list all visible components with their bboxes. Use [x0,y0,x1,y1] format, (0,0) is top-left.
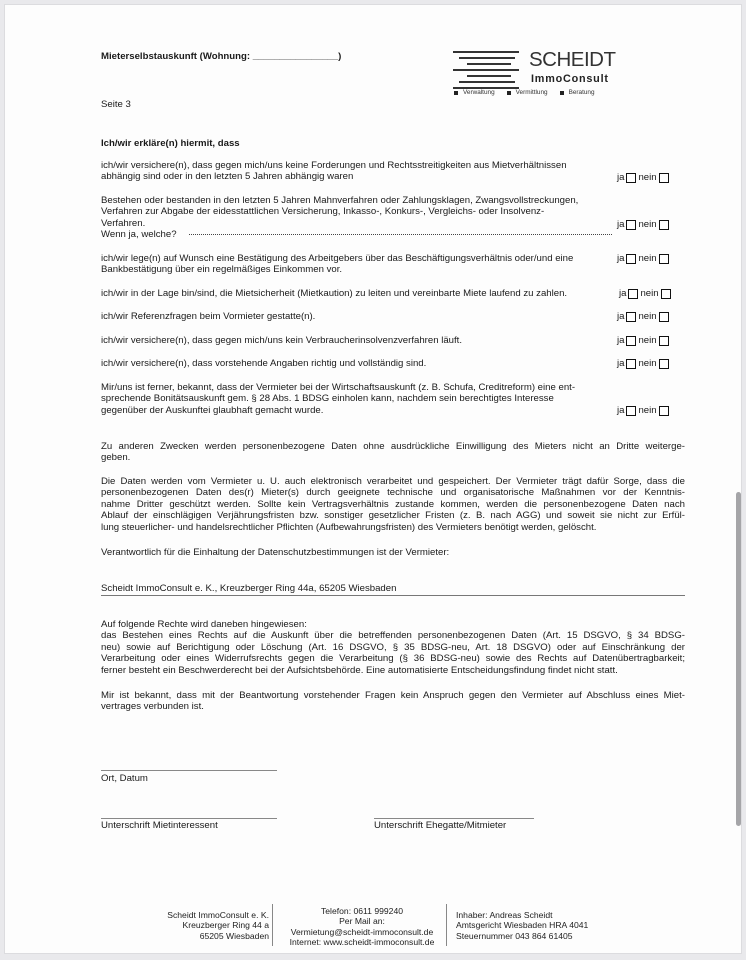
square-bullet-icon [560,91,564,95]
yes-no-group: ja nein [617,335,671,346]
footer-company: Scheidt ImmoConsult e. K. Kreuzberger Ri… [123,910,269,941]
spouse-signature-line[interactable] [374,818,534,819]
tenant-signature-label: Unterschrift Mietinteressent [101,820,218,831]
footer-website-link[interactable]: Internet: www.scheidt-immoconsult.de [277,937,447,947]
yes-checkbox[interactable] [626,220,636,230]
footer-divider [446,904,447,946]
footer-email-link[interactable]: Vermietung@scheidt-immoconsult.de [277,927,447,937]
logo-tag: Verwaltung [454,89,495,96]
yes-checkbox[interactable] [626,254,636,264]
no-checkbox[interactable] [659,406,669,416]
declaration-heading: Ich/wir erkläre(n) hiermit, dass [101,138,240,149]
question-text: ich/wir lege(n) auf Wunsch eine Bestätig… [101,253,573,276]
yes-checkbox[interactable] [626,336,636,346]
yes-no-group: ja nein [617,405,671,416]
logo-name: SCHEIDT [529,50,615,70]
no-checkbox[interactable] [659,173,669,183]
page-number: Seite 3 [101,99,131,110]
no-checkbox[interactable] [659,336,669,346]
logo-tag: Vermittlung [507,89,548,96]
square-bullet-icon [507,91,511,95]
logo-tags: Verwaltung Vermittlung Beratung [454,89,595,96]
place-date-line[interactable] [101,770,277,771]
yes-checkbox[interactable] [628,289,638,299]
yes-no-group: ja nein [617,358,671,369]
no-checkbox[interactable] [659,254,669,264]
responsible-label: Verantwortlich für die Einhaltung der Da… [101,547,449,558]
rights-paragraph: Auf folgende Rechte wird daneben hingewi… [101,619,685,676]
notice-paragraph: Mir ist bekannt, dass mit der Beantwortu… [101,690,685,713]
logo-tag: Beratung [560,89,595,96]
question-text: ich/wir versichere(n), dass vorstehende … [101,358,426,369]
yes-no-group: ja nein [617,253,671,264]
followup-answer-field[interactable] [189,234,612,235]
yes-no-group: ja nein [617,172,671,183]
yes-no-group: ja nein [617,219,671,230]
yes-no-group: ja nein [619,288,673,299]
question-text: ich/wir Referenzfragen beim Vormieter ge… [101,311,315,322]
square-bullet-icon [454,91,458,95]
vertical-scrollbar-thumb[interactable] [736,492,741,826]
question-text: ich/wir versichere(n), dass gegen mich/u… [101,160,567,183]
yes-checkbox[interactable] [626,406,636,416]
footer-legal: Inhaber: Andreas Scheidt Amtsgericht Wie… [456,910,616,941]
footer-divider [272,904,273,946]
document-page: Mieterselbstauskunft (Wohnung: _________… [4,4,742,954]
footer-contact: Telefon: 0611 999240 Per Mail an: Vermie… [277,906,447,948]
responsible-address: Scheidt ImmoConsult e. K., Kreuzberger R… [101,583,685,596]
tenant-signature-line[interactable] [101,818,277,819]
spouse-signature-label: Unterschrift Ehegatte/Mitmieter [374,820,506,831]
question-text: ich/wir in der Lage bin/sind, die Mietsi… [101,288,567,299]
no-checkbox[interactable] [661,289,671,299]
no-checkbox[interactable] [659,220,669,230]
privacy-paragraph: Die Daten werden vom Vermieter u. U. auc… [101,476,685,533]
question-text: ich/wir versichere(n), dass gegen mich/u… [101,335,462,346]
no-checkbox[interactable] [659,312,669,322]
yes-checkbox[interactable] [626,173,636,183]
document-title: Mieterselbstauskunft (Wohnung: _________… [101,51,341,62]
yes-checkbox[interactable] [626,359,636,369]
privacy-paragraph: Zu anderen Zwecken werden personenbezoge… [101,441,685,464]
place-date-label: Ort, Datum [101,773,148,784]
logo-subname: ImmoConsult [531,73,609,85]
yes-no-group: ja nein [617,311,671,322]
no-checkbox[interactable] [659,359,669,369]
question-text: Mir/uns ist ferner, bekannt, dass der Ve… [101,382,575,416]
yes-checkbox[interactable] [626,312,636,322]
